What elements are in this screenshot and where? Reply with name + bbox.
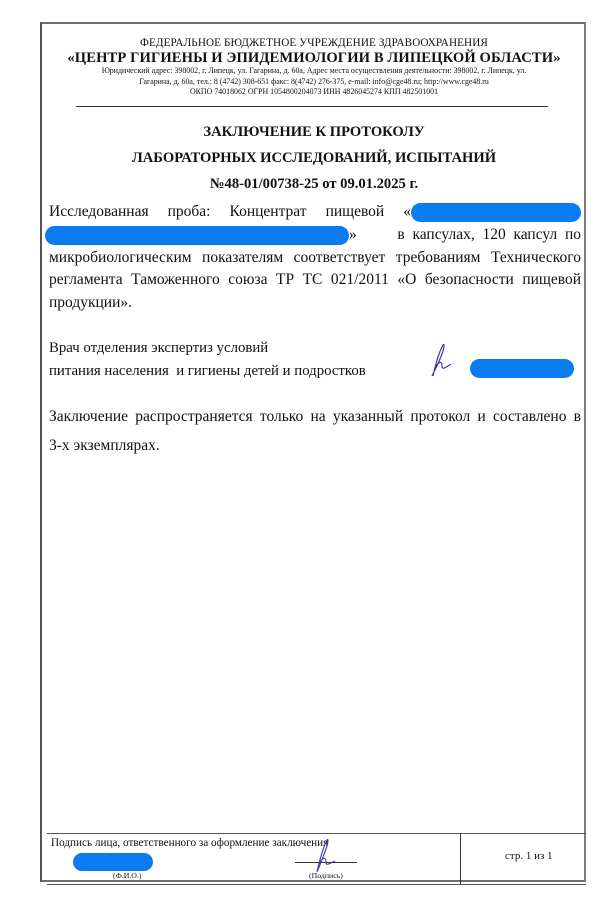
conclusion-line2: 3-х экземплярах. (49, 431, 581, 460)
footer-table: Подпись лица, ответственного за оформлен… (47, 833, 586, 885)
conclusion-note: Заключение распространяется только на ук… (49, 402, 581, 460)
redacted-doctor-name (470, 359, 574, 378)
doctor-signature-icon (423, 342, 455, 378)
document-title-line2: ЛАБОРАТОРНЫХ ИССЛЕДОВАНИЙ, ИСПЫТАНИЙ (42, 150, 586, 167)
sample-word: Исследованная (49, 201, 149, 224)
org-address-line2: Гагарина, д. 60а, тел.: 8 (4742) 308-651… (42, 77, 586, 88)
redacted-product-name (411, 203, 581, 222)
sample-line3: микробиологическим показателям соответст… (49, 247, 581, 270)
product-name-end: » (49, 224, 357, 247)
doctor-position: Врач отделения экспертиз условий питания… (49, 337, 366, 383)
signature-caption: (Подпись) (309, 871, 343, 880)
org-type: ФЕДЕРАЛЬНОЕ БЮДЖЕТНОЕ УЧРЕЖДЕНИЕ ЗДРАВОО… (42, 37, 586, 50)
letterhead: ФЕДЕРАЛЬНОЕ БЮДЖЕТНОЕ УЧРЕЖДЕНИЕ ЗДРАВОО… (42, 37, 586, 98)
sample-paragraph: Исследованная проба: Концентрат пищевой … (49, 201, 581, 315)
sample-capsules: в капсулах, 120 капсул по (397, 224, 581, 247)
fio-caption: (Ф.И.О.) (113, 871, 141, 880)
redacted-product-name-cont (45, 226, 349, 245)
sample-word: проба: (168, 201, 211, 224)
conclusion-line1: Заключение распространяется только на ук… (49, 402, 581, 431)
doctor-position-line1: Врач отделения экспертиз условий (49, 337, 366, 360)
doctor-position-line2: питания населения и гигиены детей и подр… (49, 360, 366, 383)
footer-divider (460, 834, 461, 884)
responsible-signature-icon (309, 836, 339, 874)
org-name: «ЦЕНТР ГИГИЕНЫ И ЭПИДЕМИОЛОГИИ В ЛИПЕЦКО… (42, 50, 586, 66)
redacted-responsible-name (73, 853, 153, 871)
sample-line4: регламента Таможенного союза ТР ТС 021/2… (49, 269, 581, 292)
sample-word: пищевой (326, 201, 385, 224)
sample-line5: продукции». (49, 292, 581, 315)
sample-line2: » в капсулах, 120 капсул по (49, 224, 581, 247)
sample-line1: Исследованная проба: Концентрат пищевой … (49, 201, 581, 224)
product-name-start: « (403, 201, 581, 224)
document-title-line1: ЗАКЛЮЧЕНИЕ К ПРОТОКОЛУ (42, 124, 586, 141)
org-registration: ОКПО 74018062 ОГРН 1054800204073 ИНН 482… (42, 87, 586, 98)
page-number: стр. 1 из 1 (505, 850, 553, 862)
header-divider (76, 106, 548, 107)
org-address-line1: Юридический адрес: 398002, г. Липецк, ул… (42, 66, 586, 77)
protocol-number: №48-01/00738-25 от 09.01.2025 г. (42, 176, 586, 193)
responsible-signature-label: Подпись лица, ответственного за оформлен… (51, 837, 328, 849)
sample-word: Концентрат (230, 201, 307, 224)
